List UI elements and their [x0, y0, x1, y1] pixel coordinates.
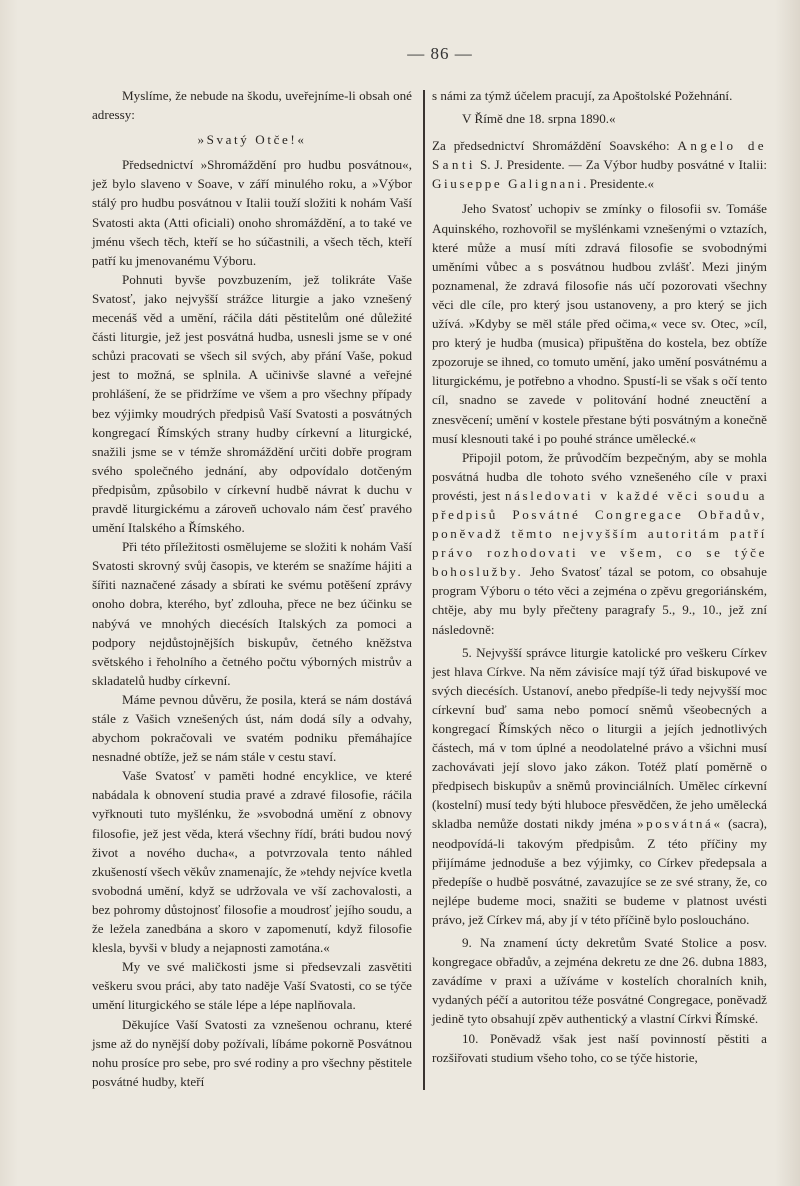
- body-paragraph: Jeho Svatosť uchopiv se zmínky o filosof…: [432, 199, 767, 447]
- paragraph-tail: (sacra), neodpovídá-li takovým předpisům…: [432, 816, 767, 926]
- dateline: V Římě dne 18. srpna 1890.«: [432, 109, 767, 128]
- program-paragraph-5: 5. Nejvyšší správce liturgie katolické p…: [432, 643, 767, 929]
- body-paragraph: Předsednictví »Shromáždění pro hudbu pos…: [92, 155, 412, 270]
- paragraph-lead: 5. Nejvyšší správce liturgie katolické p…: [432, 645, 767, 832]
- body-paragraph: Vaše Svatosť v paměti hodné encyklice, v…: [92, 766, 412, 957]
- signature-block: Za předsednictví Shromáždění Soavského: …: [432, 136, 767, 193]
- left-column: Myslíme, že nebude na škodu, uveřejníme-…: [92, 86, 412, 1091]
- column-divider: [423, 90, 425, 1090]
- continuation-text: s námi za týmž účelem pracují, za Apošto…: [432, 86, 767, 105]
- body-paragraph: Při této příležitosti osmělujeme se slož…: [92, 537, 412, 690]
- body-paragraph: Připojil potom, že průvodčím bezpečným, …: [432, 448, 767, 639]
- program-paragraph-10: 10. Poněvadž však jest naší povinností p…: [432, 1029, 767, 1067]
- signature-title: S. J. Presidente. — Za Výbor hudby posvá…: [480, 157, 767, 172]
- body-paragraph: My ve své maličkosti jsme si předsevzali…: [92, 957, 412, 1014]
- page-number: — 86 —: [0, 44, 800, 64]
- document-page: — 86 — Myslíme, že nebude na škodu, uveř…: [0, 0, 800, 1186]
- body-paragraph: Děkujíce Vaší Svatosti za vznešenou ochr…: [92, 1015, 412, 1091]
- signatory-name: Giuseppe Galignani: [432, 176, 583, 191]
- body-paragraph: Máme pevnou důvěru, že posila, která se …: [92, 690, 412, 766]
- signature-prefix: Za předsednictví Shromáždění Soavského:: [432, 138, 670, 153]
- body-paragraph: Pohnuti byvše povzbuzením, jež tolikráte…: [92, 270, 412, 537]
- program-paragraph-9: 9. Na znamení úcty dekretům Svaté Stolic…: [432, 933, 767, 1028]
- salutation-heading: »Svatý Otče!«: [92, 124, 412, 155]
- right-column: s námi za týmž účelem pracují, za Apošto…: [432, 86, 767, 1067]
- signature-title: . Presidente.«: [583, 176, 654, 191]
- emphasized-text: »posvátná«: [637, 816, 723, 831]
- intro-paragraph: Myslíme, že nebude na škodu, uveřejníme-…: [92, 86, 412, 124]
